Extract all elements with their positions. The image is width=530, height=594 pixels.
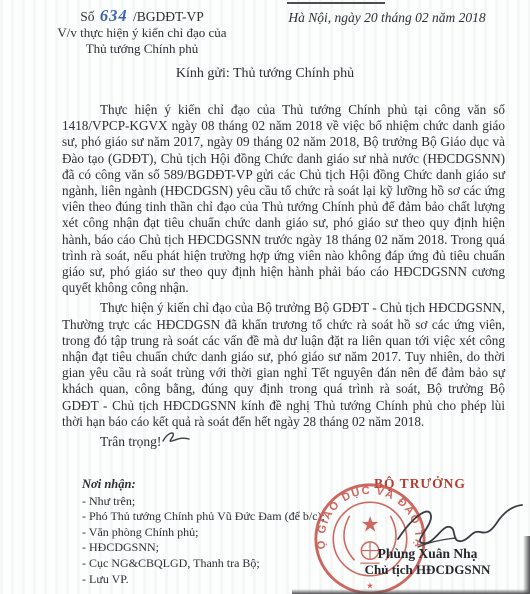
official-letter-page: Số 634 /BGDĐT-VP V/v thực hiện ý kiến ch… (0, 0, 530, 594)
recipients-block: Nơi nhận: - Như trên; - Phó Thủ tướng Ch… (82, 477, 325, 587)
closing-phrase: Trân trọng! (100, 434, 161, 450)
document-number-suffix: /BGDĐT-VP (133, 9, 204, 24)
subject-line-1: V/v thực hiện ý kiến chỉ đạo của (36, 25, 248, 41)
recipient-item: - Văn phòng Chính phủ; (82, 525, 325, 541)
signer-role: Chủ tịch HĐCDGSNN (330, 562, 525, 578)
scan-edge-bottom (292, 589, 530, 594)
body-paragraph-2: Thực hiện ý kiến chỉ đạo của Bộ trưởng B… (62, 300, 505, 430)
scan-edge-right (523, 536, 530, 594)
letter-body: Thực hiện ý kiến chỉ đạo của Thủ tướng C… (62, 102, 505, 430)
recipients-label: Nơi nhận: (82, 477, 325, 493)
national-emblem-star-icon: ★ (360, 512, 379, 536)
document-subject: V/v thực hiện ý kiến chỉ đạo của Thủ tướ… (36, 25, 248, 56)
body-paragraph-1: Thực hiện ý kiến chỉ đạo của Thủ tướng C… (62, 102, 505, 296)
document-number-handwritten: 634 (98, 6, 130, 25)
salutation: Kính gửi: Thủ tướng Chính phủ (0, 66, 530, 82)
motto-underline (287, 2, 385, 4)
document-number: Số 634 /BGDĐT-VP (52, 6, 232, 26)
handwritten-initial-icon (160, 430, 192, 446)
place-and-date: Hà Nội, ngày 20 tháng 02 năm 2018 (256, 10, 518, 26)
document-number-prefix: Số (80, 9, 94, 24)
recipient-item: - Như trên; (82, 494, 325, 510)
recipient-item: - Lưu VP. (82, 572, 325, 588)
recipient-item: - HĐCDGSNN; (82, 540, 325, 556)
recipient-item: - Phó Thủ tướng Chính phủ Vũ Đức Đam (để… (82, 509, 325, 525)
recipient-item: - Cục NG&CBQLGD, Thanh tra Bộ; (82, 556, 325, 572)
signer-name: Phùng Xuân Nhạ (330, 546, 525, 562)
subject-line-2: Thủ tướng Chính phủ (36, 41, 248, 57)
